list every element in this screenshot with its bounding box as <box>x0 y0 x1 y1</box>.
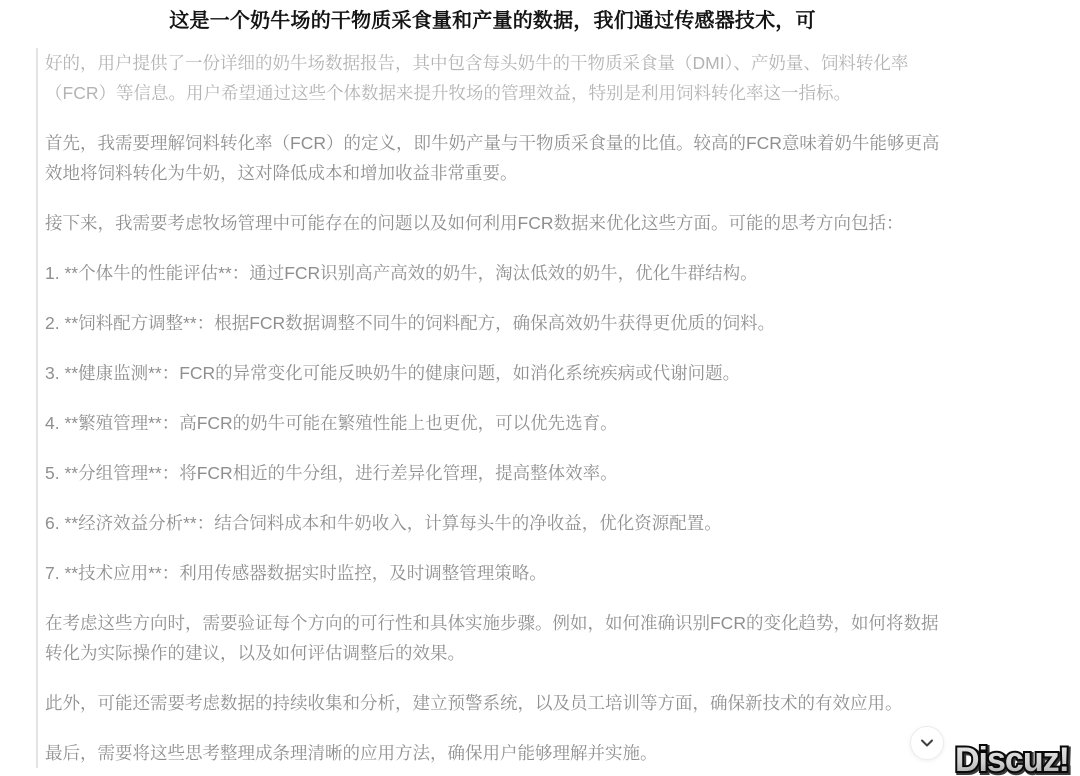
thinking-paragraph: 2. **饲料配方调整**：根据FCR数据调整不同牛的饲料配方，确保高效奶牛获得… <box>45 308 954 338</box>
thinking-paragraph: 5. **分组管理**：将FCR相近的牛分组，进行差异化管理，提高整体效率。 <box>45 458 954 488</box>
thinking-paragraph: 6. **经济效益分析**：结合饲料成本和牛奶收入，计算每头牛的净收益，优化资源… <box>45 508 954 538</box>
thinking-paragraph: 此外，可能还需要考虑数据的持续收集和分析，建立预警系统，以及员工培训等方面，确保… <box>45 688 954 718</box>
thinking-paragraph: 4. **繁殖管理**：高FCR的奶牛可能在繁殖性能上也更优，可以优先选育。 <box>45 408 954 438</box>
thinking-block: 好的，用户提供了一份详细的奶牛场数据报告，其中包含每头奶牛的干物质采食量（DMI… <box>36 48 954 768</box>
thinking-paragraph: 最后，需要将这些思考整理成条理清晰的应用方法，确保用户能够理解并实施。 <box>45 738 954 768</box>
scroll-to-bottom-button[interactable] <box>910 726 944 760</box>
thinking-paragraph: 接下来，我需要考虑牧场管理中可能存在的问题以及如何利用FCR数据来优化这些方面。… <box>45 208 954 238</box>
thinking-paragraph: 好的，用户提供了一份详细的奶牛场数据报告，其中包含每头奶牛的干物质采食量（DMI… <box>45 48 954 108</box>
chat-content: 这是一个奶牛场的干物质采食量和产量的数据，我们通过传感器技术，可 好的，用户提供… <box>0 8 985 768</box>
chat-page: 这是一个奶牛场的干物质采食量和产量的数据，我们通过传感器技术，可 好的，用户提供… <box>0 8 1080 776</box>
thinking-paragraph: 1. **个体牛的性能评估**：通过FCR识别高产高效的奶牛，淘汰低效的奶牛，优… <box>45 258 954 288</box>
thinking-paragraph: 在考虑这些方向时，需要验证每个方向的可行性和具体实施步骤。例如，如何准确识别FC… <box>45 608 954 668</box>
user-question-title: 这是一个奶牛场的干物质采食量和产量的数据，我们通过传感器技术，可 <box>0 8 985 34</box>
chevron-down-icon <box>919 735 935 751</box>
thinking-paragraph: 3. **健康监测**：FCR的异常变化可能反映奶牛的健康问题，如消化系统疾病或… <box>45 358 954 388</box>
thinking-paragraph: 7. **技术应用**：利用传感器数据实时监控，及时调整管理策略。 <box>45 558 954 588</box>
thinking-paragraph: 首先，我需要理解饲料转化率（FCR）的定义，即牛奶产量与干物质采食量的比值。较高… <box>45 128 954 188</box>
